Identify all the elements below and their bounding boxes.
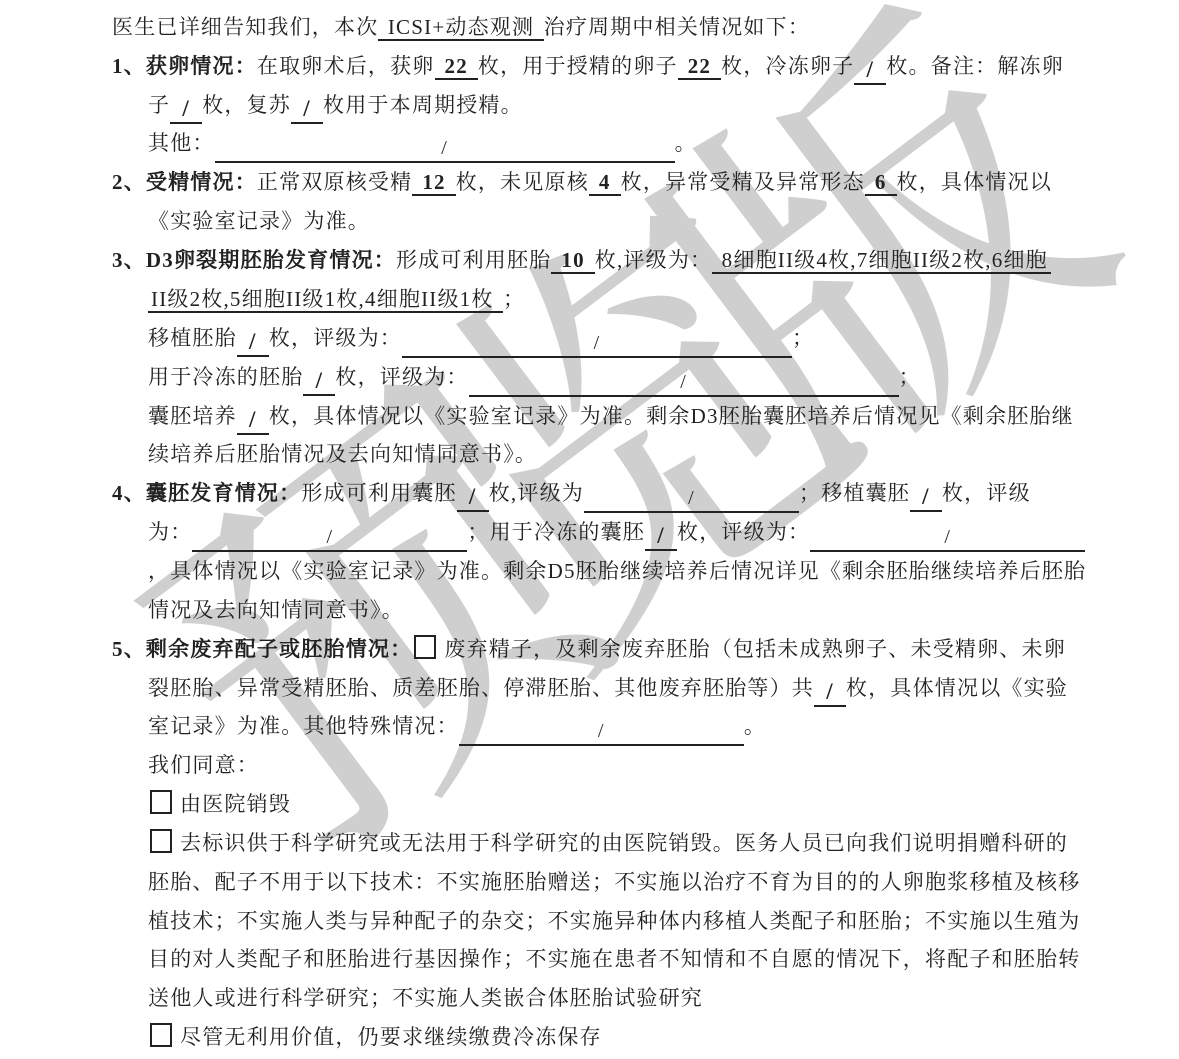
text: 囊胚培养 [148,404,237,428]
text: 植技术；不实施人类与异种配子的杂交；不实施异种体内移植人类配子和胚胎；不实施以生… [148,909,1080,933]
document-line: 尽管无利用价值，仍要求继续缴费冷冻保存 [112,1018,1112,1057]
text: 治疗周期中相关情况如下： [544,15,810,39]
text: 尽管无利用价值，仍要求继续缴费冷冻保存 [180,1025,602,1049]
blank-long-field[interactable]: / [469,369,899,397]
text: 枚。备注：解冻卵 [886,54,1064,78]
text: 枚，用于授精的卵子 [478,54,678,78]
document-line: 5、剩余废弃配子或胚胎情况：废弃精子，及剩余废弃胚胎（包括未成熟卵子、未受精卵、… [112,630,1112,669]
document-line: 我们同意： [112,746,1112,785]
document-line: 由医院销毁 [112,785,1112,824]
text: 医生已详细告知我们，本次 [112,15,378,39]
text: 在取卵术后，获卵 [257,54,435,78]
filled-value: 22 [678,54,721,80]
text: 裂胚胎、异常受精胚胎、质差胚胎、停滞胚胎、其他废弃胚胎等）共 [148,676,814,700]
text: 枚，具体情况以《实验 [846,676,1068,700]
text: ；用于冷冻的囊胚 [467,520,645,544]
document-line: 为：/；用于冷冻的囊胚/枚，评级为：/ [112,513,1112,552]
document-line: 《实验室记录》为准。 [112,202,1112,241]
document-line: 移植胚胎/枚，评级为：/； [112,319,1112,358]
blank-long-field[interactable]: / [584,485,799,513]
document-line: 续培养后胚胎情况及去向知情同意书》。 [112,435,1112,474]
text: 枚，评级 [942,481,1031,505]
blank-long-field[interactable]: / [459,718,744,746]
text: 《实验室记录》为准。 [148,209,370,233]
text: 枚，异常受精及异常形态 [621,170,865,194]
text: 枚，具体情况以《实验室记录》为准。剩余D3胚胎囊胚培养后情况见《剩余胚胎继 [269,404,1074,428]
document-line: 2、受精情况：正常双原核受精12枚，未见原核4枚，异常受精及异常形态6枚，具体情… [112,163,1112,202]
document-line: 4、囊胚发育情况：形成可利用囊胚/枚,评级为/；移植囊胚/枚，评级 [112,474,1112,513]
checkbox[interactable] [150,1023,172,1047]
text: 枚，评级为： [677,520,810,544]
filled-value: 12 [412,170,455,196]
document-line: 子/枚，复苏/枚用于本周期授精。 [112,86,1112,125]
text: 枚,评级为： [595,248,712,272]
text: 枚,评级为 [489,481,584,505]
document-line: 植技术；不实施人类与异种配子的杂交；不实施异种体内移植人类配子和胚胎；不实施以生… [112,902,1112,941]
document-page: 预览版 医生已详细告知我们，本次 ICSI+动态观测 治疗周期中相关情况如下：1… [0,0,1179,1059]
text: 。 [675,131,697,155]
document-line: 用于冷冻的胚胎/枚，评级为：/； [112,358,1112,397]
filled-value: 4 [589,170,621,196]
text: ； [792,326,814,350]
blank-slash-field[interactable]: / [303,368,335,396]
text: 胚胎、配子不用于以下技术：不实施胚胎赠送；不实施以治疗不育为目的的人卵胞浆移植及… [148,870,1080,894]
document-line: 送他人或进行科学研究；不实施人类嵌合体胚胎试验研究 [112,979,1112,1018]
section-label: 5、剩余废弃配子或胚胎情况： [112,637,412,661]
document-line: 医生已详细告知我们，本次 ICSI+动态观测 治疗周期中相关情况如下： [112,8,1112,47]
text: 其他： [148,131,215,155]
document-line: 3、D3卵裂期胚胎发育情况：形成可利用胚胎10枚,评级为： 8细胞II级4枚,7… [112,241,1112,280]
text: 。 [744,714,766,738]
text: 我们同意： [148,753,259,777]
checkbox[interactable] [150,790,172,814]
text: 形成可利用囊胚 [301,481,456,505]
text: 去标识供于科学研究或无法用于科学研究的由医院销毁。医务人员已向我们说明捐赠科研的 [180,831,1068,855]
blank-slash-field[interactable]: / [645,523,677,551]
blank-long-field[interactable]: / [192,524,467,552]
text: 枚用于本周期授精。 [323,93,523,117]
blank-slash-field[interactable]: / [237,329,269,357]
text: ； [503,287,525,311]
text: 子 [148,93,170,117]
text: 枚，评级为： [269,326,402,350]
checkbox[interactable] [150,829,172,853]
document-line: 囊胚培养/枚，具体情况以《实验室记录》为准。剩余D3胚胎囊胚培养后情况见《剩余胚… [112,397,1112,436]
document-line: II级2枚,5细胞II级1枚,4细胞II级1枚 ； [112,280,1112,319]
blank-long-field[interactable]: / [810,524,1085,552]
blank-slash-field[interactable]: / [814,679,846,707]
filled-value: 6 [865,170,897,196]
text: 用于冷冻的胚胎 [148,365,303,389]
text: 废弃精子，及剩余废弃胚胎（包括未成熟卵子、未受精卵、未卵 [444,637,1066,661]
text: 枚，冷冻卵子 [721,54,854,78]
blank-slash-field[interactable]: / [170,96,202,124]
text: 目的对人类配子和胚胎进行基因操作；不实施在患者不知情和不自愿的情况下，将配子和胚… [148,947,1080,971]
section-label: 3、D3卵裂期胚胎发育情况： [112,248,396,272]
text: 移植胚胎 [148,326,237,350]
blank-slash-field[interactable]: / [237,407,269,435]
text: 枚，未见原核 [456,170,589,194]
section-label: 2、受精情况： [112,170,257,194]
text: 情况及去向知情同意书》。 [148,598,404,622]
blank-slash-field[interactable]: / [854,57,886,85]
text: 正常双原核受精 [257,170,412,194]
text: 枚，具体情况以 [897,170,1052,194]
filled-value: 22 [435,54,478,80]
blank-slash-field[interactable]: / [910,484,942,512]
document-line: 情况及去向知情同意书》。 [112,591,1112,630]
document-line: 1、获卵情况：在取卵术后，获卵22枚，用于授精的卵子22枚，冷冻卵子/枚。备注：… [112,47,1112,86]
blank-slash-field[interactable]: / [291,96,323,124]
document-body: 医生已详细告知我们，本次 ICSI+动态观测 治疗周期中相关情况如下：1、获卵情… [112,8,1112,1057]
text: ；移植囊胚 [799,481,910,505]
section-label: 1、获卵情况： [112,54,257,78]
text: 续培养后胚胎情况及去向知情同意书》。 [148,442,537,466]
document-line: 室记录》为准。其他特殊情况：/。 [112,707,1112,746]
document-line: 裂胚胎、异常受精胚胎、质差胚胎、停滞胚胎、其他废弃胚胎等）共/枚，具体情况以《实… [112,669,1112,708]
document-line: 胚胎、配子不用于以下技术：不实施胚胎赠送；不实施以治疗不育为目的的人卵胞浆移植及… [112,863,1112,902]
filled-text: ICSI+动态观测 [378,15,543,41]
text: 枚，复苏 [202,93,291,117]
document-line: 去标识供于科学研究或无法用于科学研究的由医院销毁。医务人员已向我们说明捐赠科研的 [112,824,1112,863]
filled-text: 8细胞II级4枚,7细胞II级2枚,6细胞 [712,248,1051,274]
document-line: 目的对人类配子和胚胎进行基因操作；不实施在患者不知情和不自愿的情况下，将配子和胚… [112,940,1112,979]
blank-long-field[interactable]: / [215,135,675,163]
document-line: ，具体情况以《实验室记录》为准。剩余D5胚胎继续培养后情况详见《剩余胚胎继续培养… [112,552,1112,591]
filled-text: II级2枚,5细胞II级1枚,4细胞II级1枚 [148,287,503,313]
text: 为： [148,520,192,544]
section-label: 4、囊胚发育情况： [112,481,301,505]
text: 由医院销毁 [180,792,291,816]
text: ，具体情况以《实验室记录》为准。剩余D5胚胎继续培养后情况详见《剩余胚胎继续培养… [148,559,1086,583]
text: 送他人或进行科学研究；不实施人类嵌合体胚胎试验研究 [148,986,703,1010]
blank-slash-field[interactable]: / [457,484,489,512]
text: 枚，评级为： [335,365,468,389]
text: 形成可利用胚胎 [396,248,551,272]
document-line: 其他：/。 [112,124,1112,163]
blank-long-field[interactable]: / [402,330,792,358]
text: ； [899,365,921,389]
checkbox[interactable] [414,635,436,659]
filled-value: 10 [551,248,594,274]
text: 室记录》为准。其他特殊情况： [148,714,459,738]
